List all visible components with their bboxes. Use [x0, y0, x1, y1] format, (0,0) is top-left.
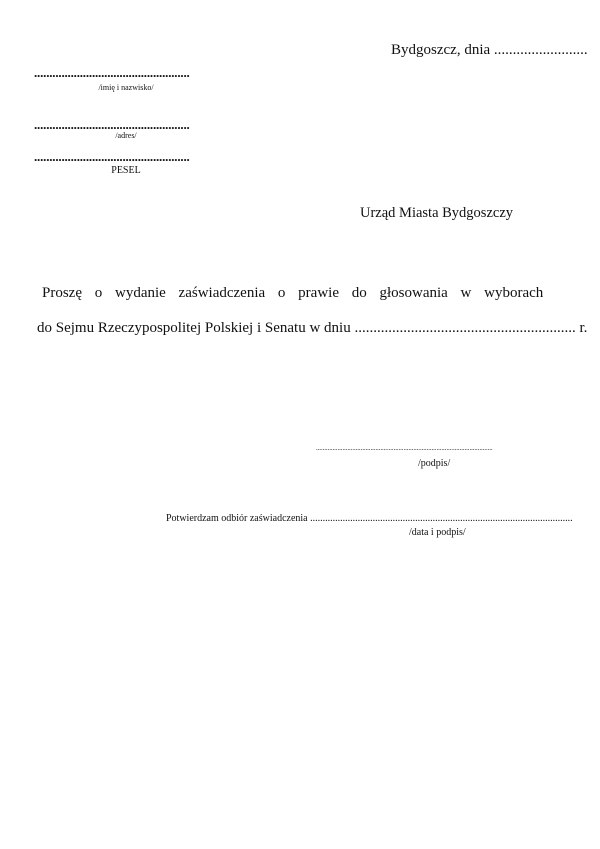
signature-line: ........................................…: [316, 444, 493, 452]
receipt-confirmation-label: /data i podpis/: [409, 527, 466, 538]
pesel-field-label: PESEL: [34, 165, 218, 176]
request-text-line2: do Sejmu Rzeczypospolitej Polskiej i Sen…: [37, 320, 587, 337]
address-field-label: /adres/: [34, 131, 218, 140]
pesel-field-line: ........................................…: [34, 150, 190, 163]
signature-label: /podpis/: [418, 458, 450, 469]
name-field-line: ........................................…: [34, 66, 190, 79]
recipient-office: Urząd Miasta Bydgoszczy: [360, 205, 513, 222]
request-text-line1: Proszę o wydanie zaświadczenia o prawie …: [42, 285, 543, 302]
name-field-label: /imię i nazwisko/: [34, 83, 218, 92]
receipt-confirmation: Potwierdzam odbiór zaświadczenia .......…: [166, 513, 573, 524]
address-field-line: ........................................…: [34, 118, 190, 131]
place-date-field: Bydgoszcz, dnia ........................…: [391, 42, 588, 59]
